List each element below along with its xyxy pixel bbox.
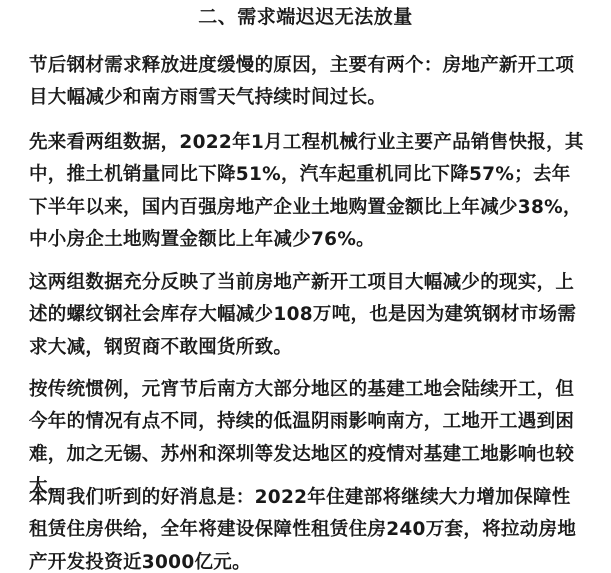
- paragraph-3: 这两组数据充分反映了当前房地产新开工项目大幅减少的现实，上述的螺纹钢社会库存大幅…: [29, 267, 589, 364]
- paragraph-1: 节后钢材需求释放进度缓慢的原因，主要有两个：房地产新开工项目大幅减少和南方雨雪天…: [29, 50, 589, 115]
- section-heading: 二、需求端迟迟无法放量: [0, 4, 611, 30]
- paragraph-5: 本周我们听到的好消息是：2022年住建部将继续大力增加保障性租赁住房供给，全年将…: [29, 482, 589, 573]
- paragraph-2: 先来看两组数据，2022年1月工程机械行业主要产品销售快报，其中，推土机销量同比…: [29, 127, 589, 256]
- article-page: 二、需求端迟迟无法放量 节后钢材需求释放进度缓慢的原因，主要有两个：房地产新开工…: [0, 0, 611, 573]
